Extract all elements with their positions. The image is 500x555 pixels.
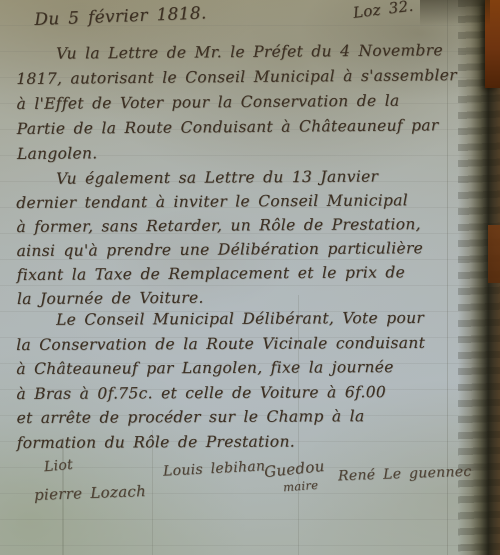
manuscript-line: à former, sans Retarder, un Rôle de Pres… [16,212,423,239]
manuscript-line: dernier tendant à inviter le Conseil Mun… [16,188,423,215]
manuscript-line: Langolen. [17,138,458,167]
manuscript-line: fixant la Taxe de Remplacement et le pri… [17,260,424,287]
manuscript-line: Vu la Lettre de Mr. le Préfet du 4 Novem… [56,38,457,66]
manuscript-line: Le Conseil Municipal Délibérant, Vote po… [56,306,425,332]
manuscript-line: 1817, autorisant le Conseil Municipal à … [16,63,457,92]
manuscript-line: la Conservation de la Route Vicinale con… [16,330,425,357]
signature-liot: Liot [43,457,73,475]
manuscript-line: à Châteauneuf par Langolen, fixe la jour… [16,355,425,382]
manuscript-line: ainsi qu'à prendre une Délibération part… [17,236,424,263]
paragraph-deliberation: Le Conseil Municipal Délibérant, Vote po… [16,306,426,455]
paragraph-prefect-letter: Vu la Lettre de Mr. le Préfet du 4 Novem… [16,38,458,167]
paragraph-second-letter: Vu également sa Lettre du 13 Janvier der… [16,164,424,311]
manuscript-line: à l'Effet de Voter pour la Conservation … [16,88,457,117]
manuscript-line: formation du Rôle de Prestation. [17,428,426,455]
manuscript-line: et arrête de procéder sur le Champ à la [17,404,426,431]
page-shadow [420,0,490,26]
signature-guedou-title: maire [283,478,319,494]
manuscript-line: à Bras à 0f.75c. et celle de Voiture à 6… [16,379,425,406]
manuscript-line: Vu également sa Lettre du 13 Janvier [56,164,423,191]
book-cover-edge [488,225,500,283]
manuscript-line: Partie de la Route Conduisant à Châteaun… [17,113,458,142]
